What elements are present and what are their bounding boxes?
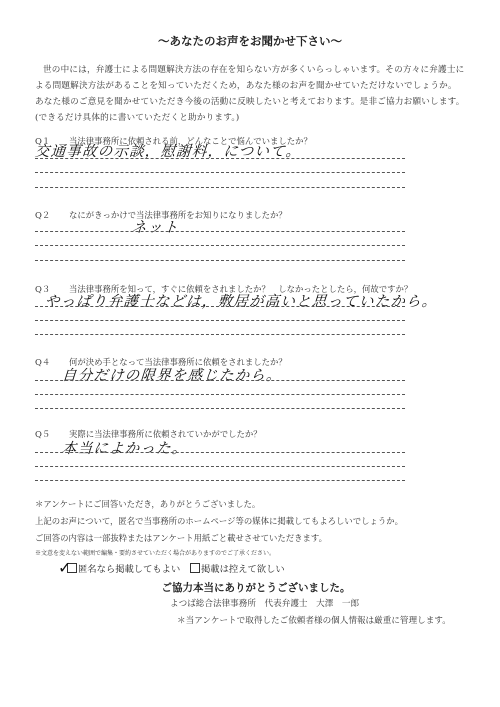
answer-line	[35, 394, 405, 395]
option-decline[interactable]: 掲載は控えて欲しい	[190, 561, 285, 575]
firm-signature: よつば総合法律事務所 代表弁護士 大澤 一郎	[170, 597, 359, 609]
answer-line	[35, 452, 405, 453]
option-anonymous-ok[interactable]: ✓匿名なら掲載してもよい	[67, 561, 180, 575]
checkbox[interactable]: ✓	[67, 563, 77, 573]
answer-line	[35, 260, 405, 261]
survey-title: ～あなたのお声をお聞かせ下さい～	[0, 33, 500, 49]
answer-line	[35, 231, 405, 232]
privacy-note: ＊当アンケートで取得したご依頼者様の個人情報は厳重に管理します。	[177, 614, 451, 626]
answer-line	[35, 408, 405, 409]
answer-line	[35, 334, 405, 335]
publish-question: 上記のお声について，匿名で当事務所のホームページ等の媒体に掲載してもよろしいでし…	[35, 515, 403, 527]
content-note: ご回答の内容は一部抜粋またはアンケート用紙ごと載せさせていただきます。	[35, 532, 327, 544]
intro-paragraph: 世の中には，弁護士による問題解決方法の存在を知らない方が多くいらっしゃいます。そ…	[35, 62, 465, 126]
answer-line	[35, 466, 405, 467]
handwritten-answer-4: 自分だけの限界を感じたから。	[61, 364, 282, 385]
answer-line	[35, 187, 405, 188]
answer-line	[35, 380, 405, 381]
handwritten-answer-3: やっぱり弁護士などは，敷居が高いと思っていたから。	[44, 290, 438, 311]
answer-line	[35, 320, 405, 321]
checkbox[interactable]	[190, 563, 200, 573]
checkmark-icon: ✓	[58, 558, 71, 577]
answer-line	[35, 158, 405, 159]
handwritten-answer-5: 本当によかった。	[61, 437, 188, 458]
answer-line	[35, 245, 405, 246]
answer-line	[35, 172, 405, 173]
answer-line	[35, 480, 405, 481]
question-number: Q２	[35, 209, 69, 221]
thanks-note: ＊アンケートにご回答いただき，ありがとうございました。	[35, 498, 260, 510]
option-label: 匿名なら掲載してもよい	[78, 564, 180, 575]
option-label: 掲載は控えて欲しい	[201, 564, 285, 575]
answer-line	[35, 306, 405, 307]
handwritten-answer-2: ネット	[131, 216, 180, 237]
closing-thanks: ご協力本当にありがとうございました。	[0, 580, 500, 595]
edit-note: ※文意を変えない範囲で編集・要約させていただく場合がありますのでご了承ください。	[35, 548, 275, 557]
